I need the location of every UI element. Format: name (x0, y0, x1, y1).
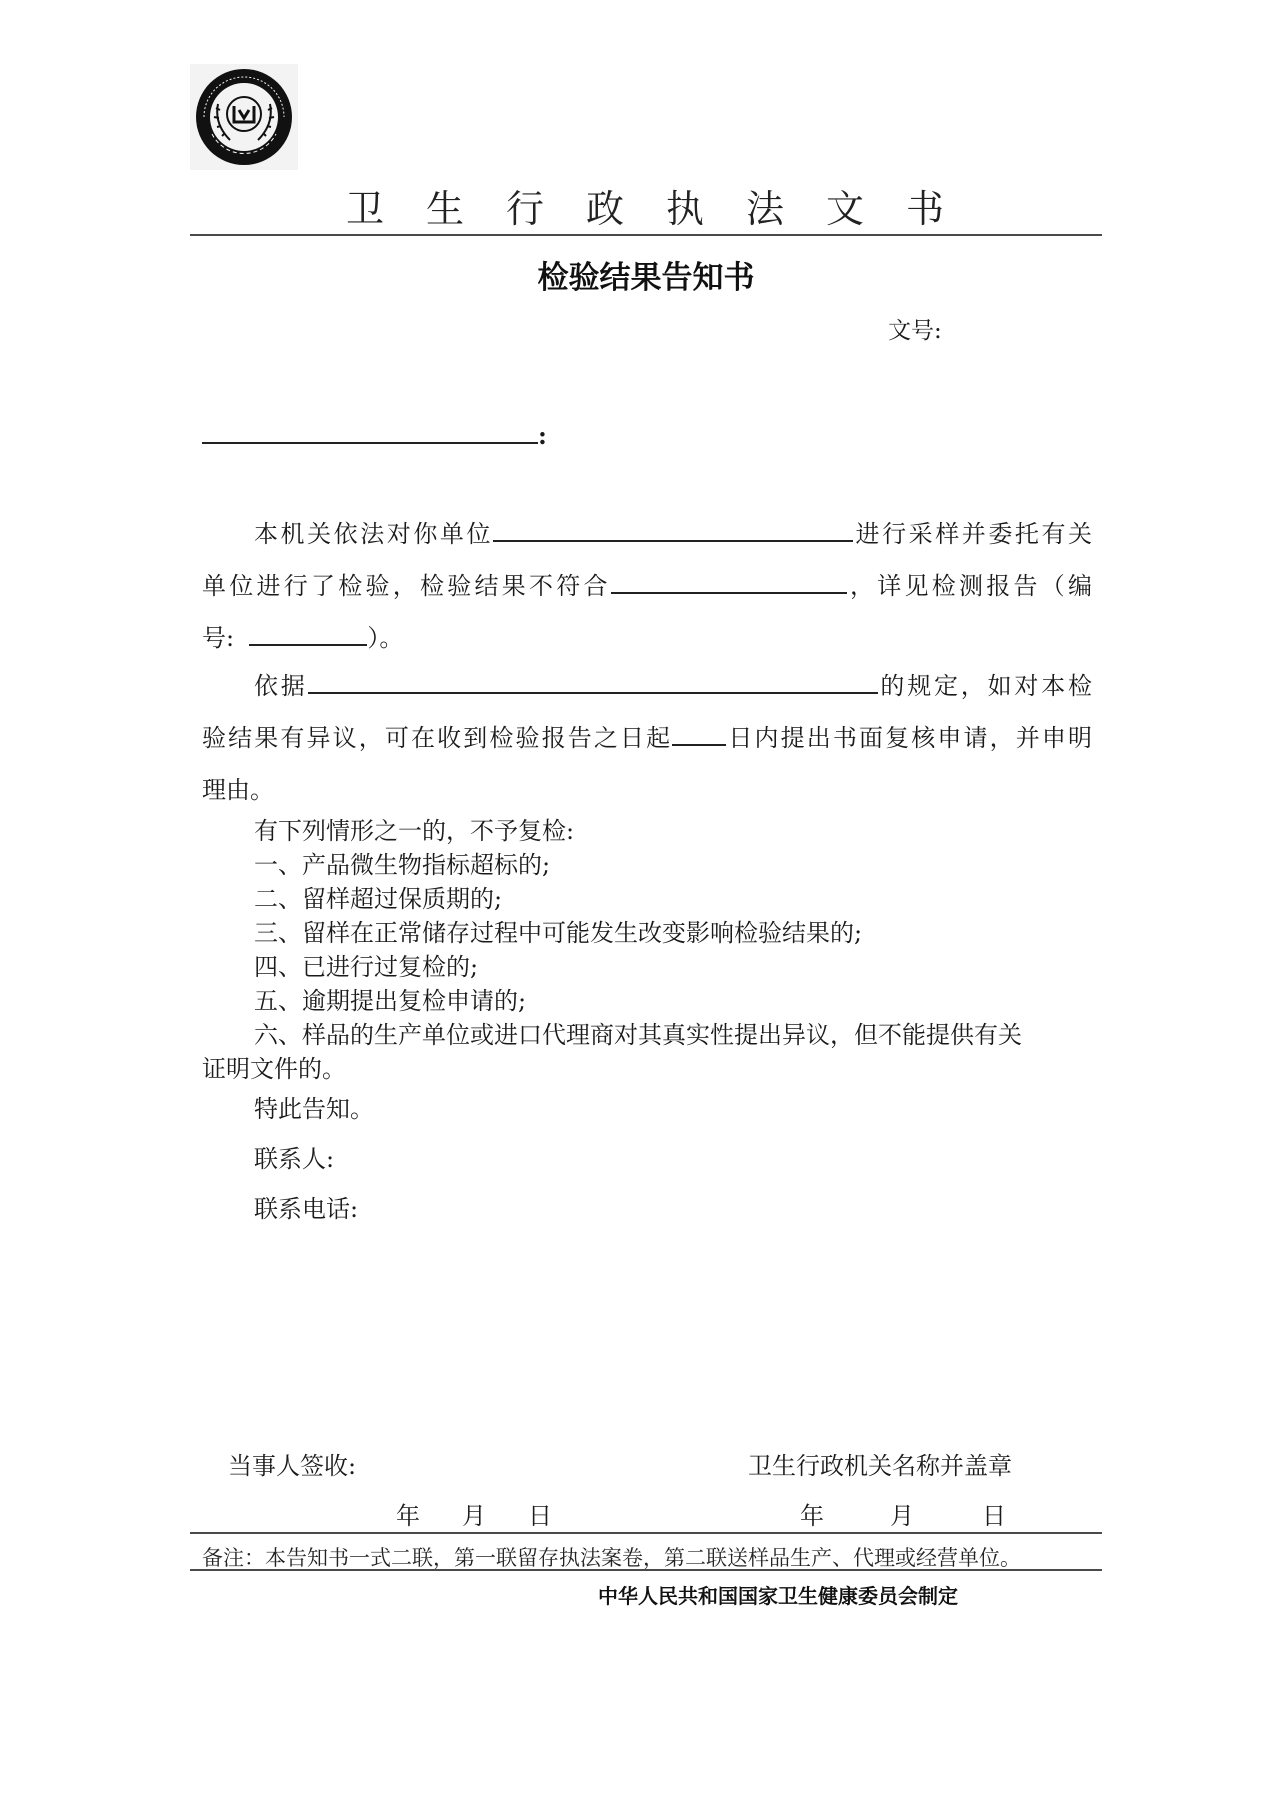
health-inspection-emblem-icon (190, 64, 298, 170)
contact-phone-label: 联系电话: (202, 1184, 1092, 1234)
paragraph-legal-basis-line-1: 依据的规定，如对本检 (202, 660, 1092, 712)
issuing-authority: 中华人民共和国国家卫生健康委员会制定 (598, 1580, 958, 1609)
standard-blank[interactable] (611, 568, 847, 594)
document-title: 检验结果告知书 (190, 252, 1102, 297)
addressee-colon: : (538, 421, 547, 450)
document-series-title: 卫生行政执法文书 (190, 178, 1100, 233)
party-signature-label: 当事人签收: (228, 1446, 356, 1481)
agency-seal-label: 卫生行政机关名称并盖章 (748, 1446, 1012, 1481)
doc-number-label: 文号: (888, 312, 942, 345)
days-blank[interactable] (672, 720, 726, 746)
paragraph-legal-basis-line-2: 验结果有异议，可在收到检验报告之日起日内提出书面复核申请，并申明 (202, 712, 1092, 764)
health-inspection-logo (190, 64, 298, 170)
paragraph-sampling: 本机关依法对你单位进行采样并委托有关 单位进行了检验，检验结果不符合，详见检测报… (202, 508, 1092, 664)
contact-person-label: 联系人: (202, 1134, 1092, 1184)
party-date-month: 月 (462, 1496, 486, 1531)
addressee-line: : (202, 418, 547, 450)
paragraph-legal-basis-line-3: 理由。 (202, 764, 1092, 816)
footer-note: 备注：本告知书一式二联，第一联留存执法案卷，第二联送样品生产、代理或经营单位。 (202, 1542, 1021, 1572)
closing-text: 特此告知。 (202, 1084, 1092, 1134)
paragraph-sampling-line-1: 本机关依法对你单位进行采样并委托有关 (202, 508, 1092, 560)
footer-divider-bottom (190, 1569, 1102, 1571)
agency-date-year: 年 (800, 1496, 824, 1531)
unit-name-blank[interactable] (493, 516, 853, 542)
addressee-blank[interactable] (202, 418, 538, 444)
exclusion-item: 四、已进行过复检的; (202, 950, 1092, 984)
agency-date-month: 月 (890, 1496, 914, 1531)
paragraph-sampling-line-3: 号: ）。 (202, 612, 1092, 664)
exclusion-item-continued: 证明文件的。 (202, 1052, 1092, 1086)
party-date-year: 年 (396, 1496, 420, 1531)
closing-block: 特此告知。 联系人: 联系电话: (202, 1084, 1092, 1234)
exclusion-item: 二、留样超过保质期的; (202, 882, 1092, 916)
report-number-blank[interactable] (249, 620, 367, 646)
exclusions-intro: 有下列情形之一的，不予复检: (202, 814, 1092, 848)
agency-date-day: 日 (982, 1496, 1006, 1531)
exclusion-item: 五、逾期提出复检申请的; (202, 984, 1092, 1018)
party-date-day: 日 (528, 1496, 552, 1531)
regulation-blank[interactable] (308, 668, 878, 694)
paragraph-sampling-line-2: 单位进行了检验，检验结果不符合，详见检测报告（编 (202, 560, 1092, 612)
exclusion-item: 三、留样在正常储存过程中可能发生改变影响检验结果的; (202, 916, 1092, 950)
exclusion-item: 一、产品微生物指标超标的; (202, 848, 1092, 882)
exclusion-item: 六、样品的生产单位或进口代理商对其真实性提出异议，但不能提供有关 (202, 1018, 1092, 1052)
paragraph-legal-basis: 依据的规定，如对本检 验结果有异议，可在收到检验报告之日起日内提出书面复核申请，… (202, 660, 1092, 816)
footer-divider-top (190, 1532, 1102, 1534)
exclusions-list: 有下列情形之一的，不予复检: 一、产品微生物指标超标的; 二、留样超过保质期的;… (202, 814, 1092, 1086)
header-divider (190, 234, 1102, 236)
